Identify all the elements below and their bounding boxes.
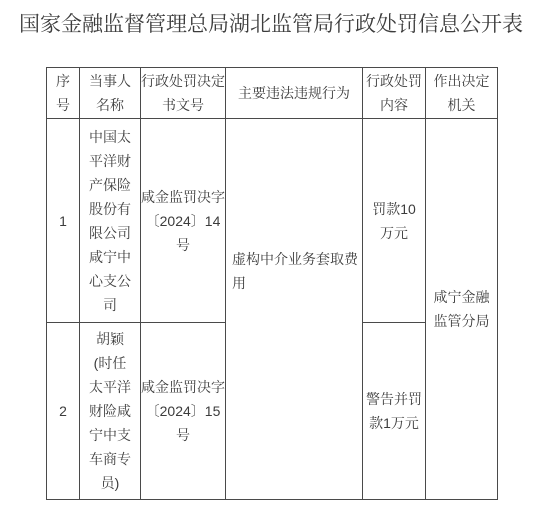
cell-party-2: 胡颖 (时任 太平洋 财险咸 宁中支 车商专 员) xyxy=(80,323,141,500)
header-row: 序 号 当事人 名称 行政处罚决定 书文号 主要违法违规行为 行政处罚 内容 作… xyxy=(47,68,498,119)
cell-penalty-2: 警告并罚 款1万元 xyxy=(363,323,426,500)
col-header-doc-no: 行政处罚决定 书文号 xyxy=(141,68,226,119)
col-header-party: 当事人 名称 xyxy=(80,68,141,119)
col-header-index: 序 号 xyxy=(47,68,80,119)
cell-index-1: 1 xyxy=(47,119,80,323)
cell-index-2: 2 xyxy=(47,323,80,500)
penalty-table: 序 号 当事人 名称 行政处罚决定 书文号 主要违法违规行为 行政处罚 内容 作… xyxy=(46,67,498,500)
cell-authority-merged: 咸宁金融 监管分局 xyxy=(426,119,498,500)
cell-violation-merged: 虚构中介业务套取费 用 xyxy=(226,119,363,500)
col-header-penalty: 行政处罚 内容 xyxy=(363,68,426,119)
cell-party-1: 中国太 平洋财 产保险 股份有 限公司 咸宁中 心支公 司 xyxy=(80,119,141,323)
cell-doc-no-1: 咸金监罚决字 〔2024〕14 号 xyxy=(141,119,226,323)
table-row-1: 1 中国太 平洋财 产保险 股份有 限公司 咸宁中 心支公 司 咸金监罚决字 〔… xyxy=(47,119,498,323)
violation-text: 虚构中介业务套取费 用 xyxy=(232,247,358,295)
page-title: 国家金融监督管理总局湖北监管局行政处罚信息公开表 xyxy=(19,12,550,37)
cell-doc-no-2: 咸金监罚决字 〔2024〕15 号 xyxy=(141,323,226,500)
col-header-violation: 主要违法违规行为 xyxy=(226,68,363,119)
cell-penalty-1: 罚款10 万元 xyxy=(363,119,426,323)
col-header-authority: 作出决定 机关 xyxy=(426,68,498,119)
